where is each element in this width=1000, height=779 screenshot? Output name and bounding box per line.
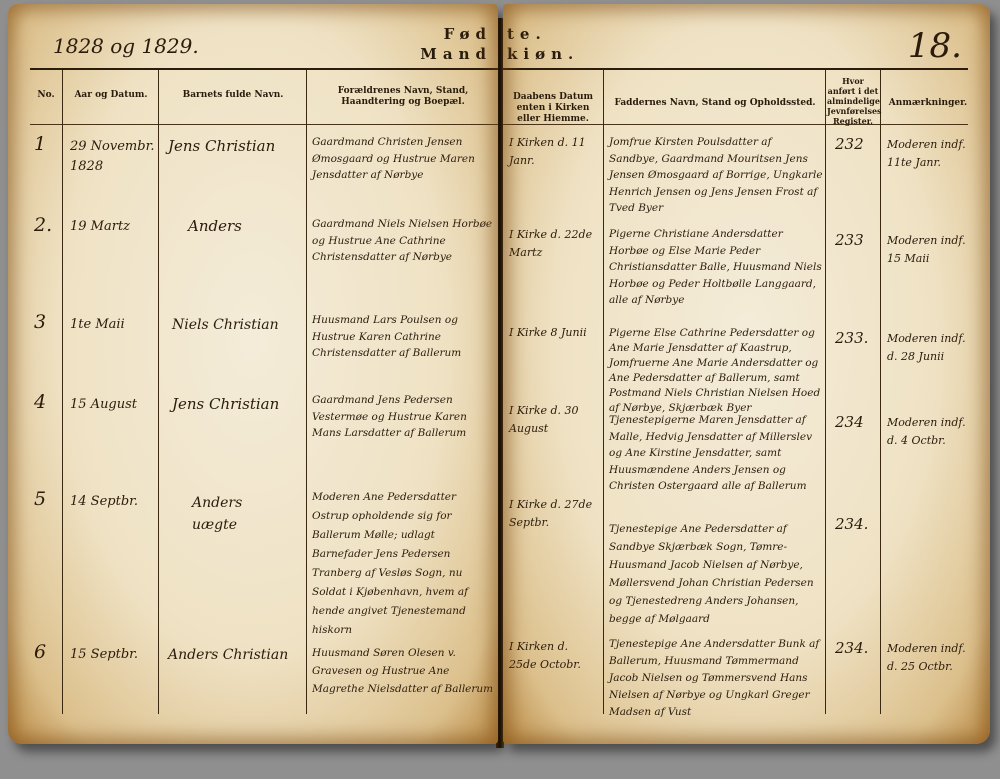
header-rule-bottom xyxy=(30,124,498,125)
header-rule-top xyxy=(503,68,968,70)
title-line2-right: kiøn. xyxy=(507,44,579,64)
entry-4-godparents: Tjenestepigerne Maren Jensdatter af Mall… xyxy=(609,412,823,495)
entry-6-baptism: I Kirken d. 25de Octobr. xyxy=(509,638,599,674)
column-divider xyxy=(158,70,159,714)
entry-2-date: 19 Martz xyxy=(70,219,158,235)
entry-4-baptism: I Kirke d. 30 August xyxy=(509,402,599,438)
entry-5-date: 14 Septbr. xyxy=(70,494,158,510)
entry-3-child-name: Niels Christian xyxy=(172,317,279,333)
entry-1-parents: Gaardmand Christen Jensen Ømosgaard og H… xyxy=(312,134,494,184)
entry-6-no: 6 xyxy=(34,644,46,660)
entry-1-register: 232 xyxy=(835,136,864,152)
years-title: 1828 og 1829. xyxy=(53,34,199,58)
entry-4-register: 234 xyxy=(835,414,864,430)
column-header-child-name: Barnets fulde Navn. xyxy=(160,90,306,101)
entry-3-no: 3 xyxy=(34,314,46,330)
entry-6-remarks: Moderen indf. d. 25 Octbr. xyxy=(887,640,977,676)
entry-1-baptism: I Kirken d. 11 Janr. xyxy=(509,134,599,170)
column-divider xyxy=(825,70,826,714)
entry-5-godparents: Tjenestepige Ane Pedersdatter af Sandbye… xyxy=(609,520,823,628)
right-page: te. kiøn. 18. Daabens Datum enten i Kirk… xyxy=(503,4,990,744)
page-title-left: Fød Mand xyxy=(420,24,492,64)
entry-3-parents: Huusmand Lars Poulsen og Hustrue Karen C… xyxy=(312,312,494,362)
entry-1-child-name: Jens Christian xyxy=(168,138,275,154)
entry-2-godparents: Pigerne Christiane Andersdatter Horbøe o… xyxy=(609,226,823,309)
entry-4-date: 15 August xyxy=(70,397,158,413)
entry-4-parents: Gaardmand Jens Pedersen Vestermøe og Hus… xyxy=(312,392,494,442)
entry-6-register: 234. xyxy=(835,640,868,656)
entry-3-godparents: Pigerne Else Cathrine Pedersdatter og An… xyxy=(609,326,823,416)
entry-5-no: 5 xyxy=(34,491,46,507)
entry-2-parents: Gaardmand Niels Nielsen Horbøe og Hustru… xyxy=(312,216,494,266)
entry-1-godparents: Jomfrue Kirsten Poulsdatter af Sandbye, … xyxy=(609,134,823,217)
entry-1-remarks: Moderen indf. 11te Janr. xyxy=(887,136,977,172)
column-header-godparents: Faddernes Navn, Stand og Opholdssted. xyxy=(607,98,823,109)
entry-3-register: 233. xyxy=(835,330,868,346)
entry-2-child-name: Anders xyxy=(188,218,242,234)
entry-2-baptism: I Kirke d. 22de Martz xyxy=(509,226,599,262)
entry-6-parents: Huusmand Søren Olesen v. Gravesen og Hus… xyxy=(312,644,494,698)
column-header-date: Aar og Datum. xyxy=(64,90,158,101)
entry-4-no: 4 xyxy=(34,394,46,410)
page-number: 18. xyxy=(908,26,962,66)
entry-6-godparents: Tjenestepige Ane Andersdatter Bunk af Ba… xyxy=(609,636,823,721)
column-divider xyxy=(880,70,881,714)
entry-4-child-name: Jens Christian xyxy=(172,396,279,412)
page-title-right: te. kiøn. xyxy=(507,24,579,64)
entry-5-child-name: Anders uægte xyxy=(192,492,282,536)
column-divider xyxy=(62,70,63,714)
entry-5-parents: Moderen Ane Pedersdatter Ostrup opholden… xyxy=(312,488,494,640)
column-header-baptism: Daabens Datum enten i Kirken eller Hiemm… xyxy=(505,92,601,125)
entry-5-baptism: I Kirke d. 27de Septbr. xyxy=(509,496,599,532)
left-page: 1828 og 1829. Fød Mand No. Aar og Datum.… xyxy=(8,4,498,744)
entry-6-date: 15 Septbr. xyxy=(70,647,158,663)
title-line1-right: te. xyxy=(507,24,579,44)
entry-3-date: 1te Maii xyxy=(70,317,158,333)
entry-1-no: 1 xyxy=(34,136,46,152)
entry-2-remarks: Moderen indf. 15 Maii xyxy=(887,232,977,268)
entry-1-date: 29 Novembr. 1828 xyxy=(70,137,158,177)
column-divider xyxy=(603,70,604,714)
entry-4-remarks: Moderen indf. d. 4 Octbr. xyxy=(887,414,977,450)
header-rule-top xyxy=(30,68,498,70)
column-divider xyxy=(306,70,307,714)
entry-6-child-name: Anders Christian xyxy=(168,647,288,663)
entry-2-register: 233 xyxy=(835,232,864,248)
entry-3-remarks: Moderen indf. d. 28 Junii xyxy=(887,330,977,366)
column-header-no: No. xyxy=(30,90,62,101)
entry-3-baptism: I Kirke 8 Junii xyxy=(509,324,599,342)
column-header-register: Hvor anført i det almindelige Jevnførels… xyxy=(827,76,879,126)
column-header-parents: Forældrenes Navn, Stand, Haandtering og … xyxy=(310,86,496,108)
title-line2-left: Mand xyxy=(420,44,492,64)
title-line1-left: Fød xyxy=(420,24,492,44)
column-header-remarks: Anmærkninger. xyxy=(883,98,973,109)
entry-5-register: 234. xyxy=(835,516,868,532)
entry-2-no: 2. xyxy=(34,217,52,233)
